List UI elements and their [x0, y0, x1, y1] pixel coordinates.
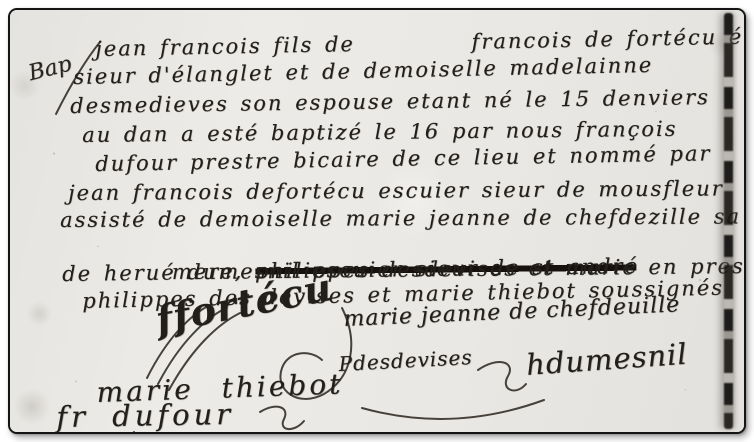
- paper-background: Bap jean francois fils de francois de fo…: [10, 10, 744, 432]
- scan-frame: Bap jean francois fils de francois de fo…: [8, 8, 746, 434]
- flourish-stroke: [260, 407, 304, 429]
- signature-desdevises: Pdesdevises: [338, 345, 473, 376]
- manuscript-line: desmedieves son espouse etant né le 15 d…: [70, 84, 710, 119]
- page-gutter-shadow: [724, 13, 733, 429]
- flourish-stroke: [478, 362, 526, 390]
- manuscript-line: jean francois defortécu escuier sieur de…: [68, 175, 724, 206]
- signature-dufour: fr dufour: [56, 397, 234, 434]
- margin-note-bap: Bap: [26, 52, 74, 87]
- signature-dumesnil: hdumesnil: [525, 337, 689, 382]
- scanned-document: Bap jean francois fils de francois de fo…: [0, 0, 754, 442]
- flourish-stroke: [362, 400, 544, 419]
